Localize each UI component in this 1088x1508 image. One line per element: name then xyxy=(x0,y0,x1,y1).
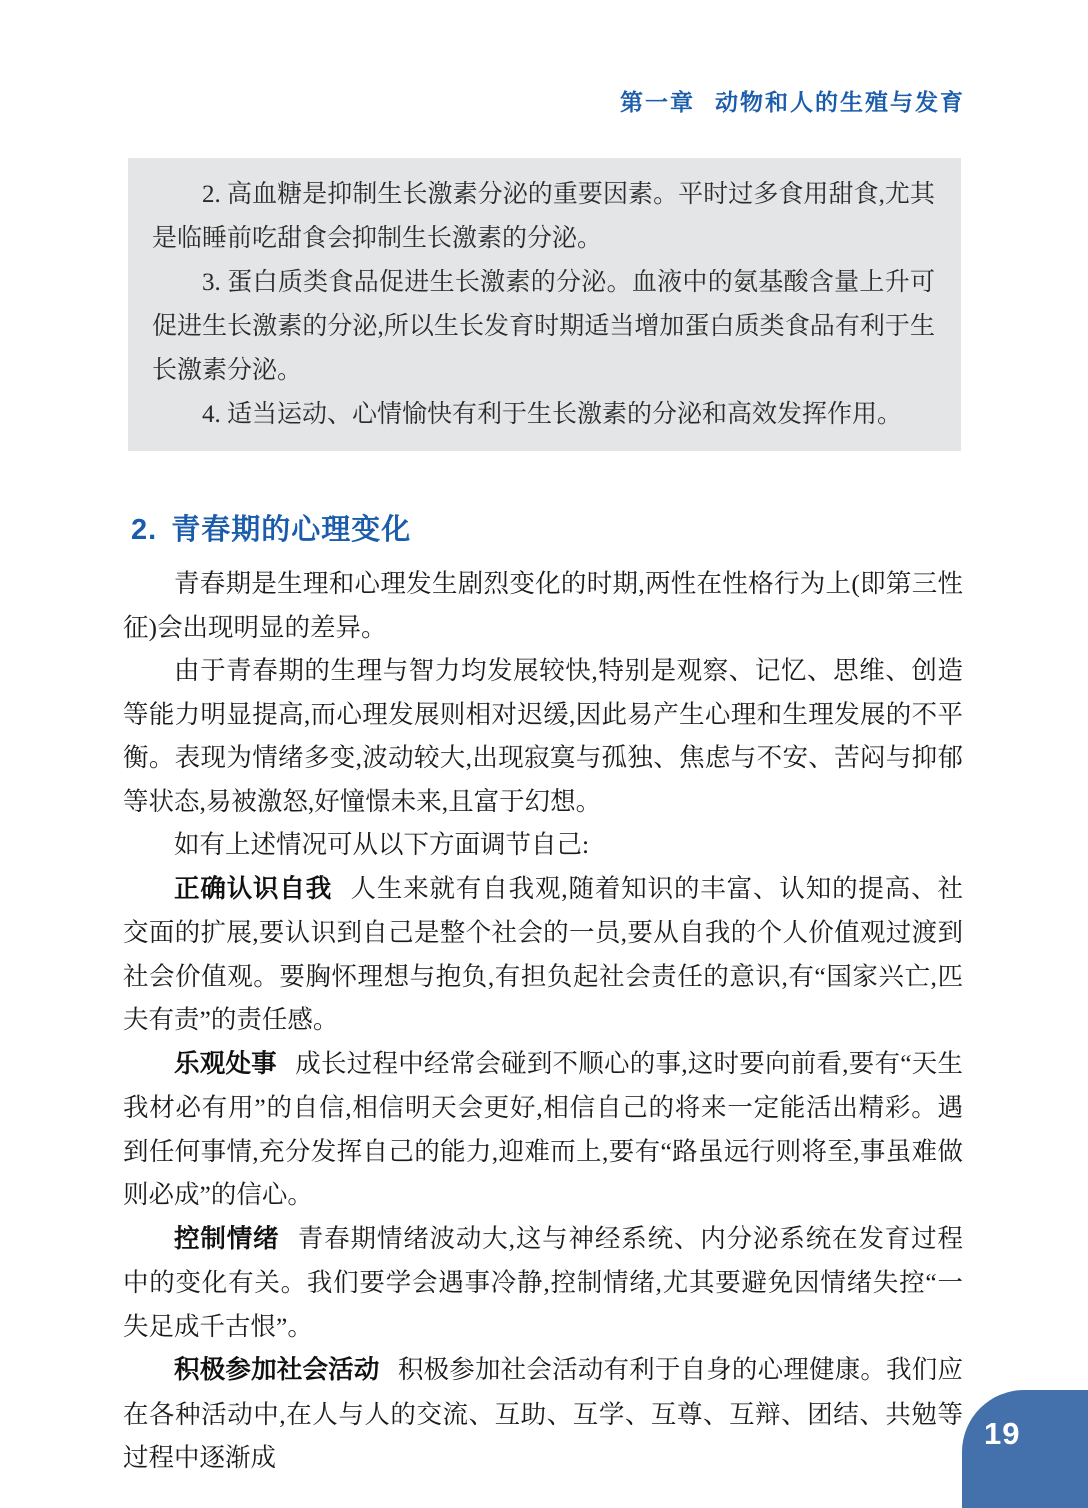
paragraph: 由于青春期的生理与智力均发展较快,特别是观察、记忆、思维、创造等能力明显提高,而… xyxy=(123,649,963,823)
note-item: 3. 蛋白质类食品促进生长激素的分泌。血液中的氨基酸含量上升可促进生长激素的分泌… xyxy=(152,261,935,393)
note-item: 2. 高血糖是抑制生长激素分泌的重要因素。平时过多食用甜食,尤其是临睡前吃甜食会… xyxy=(152,173,935,261)
paragraph-text: 如有上述情况可从以下方面调节自己: xyxy=(174,830,589,859)
paragraph: 正确认识自我人生来就有自我观,随着知识的丰富、认知的提高、社交面的扩展,要认识到… xyxy=(123,867,963,1042)
section-heading: 2. 青春期的心理变化 xyxy=(131,507,963,548)
page-number: 19 xyxy=(984,1416,1020,1452)
section-body: 青春期是生理和心理发生剧烈变化的时期,两性在性格行为上(即第三性征)会出现明显的… xyxy=(123,562,963,1480)
paragraph-lead: 积极参加社会活动 xyxy=(174,1356,380,1384)
paragraph-text: 青春期是生理和心理发生剧烈变化的时期,两性在性格行为上(即第三性征)会出现明显的… xyxy=(123,569,963,642)
paragraph-lead: 控制情绪 xyxy=(174,1225,279,1253)
paragraph: 青春期是生理和心理发生剧烈变化的时期,两性在性格行为上(即第三性征)会出现明显的… xyxy=(123,562,963,649)
note-item: 4. 适当运动、心情愉快有利于生长激素的分泌和高效发挥作用。 xyxy=(152,393,935,437)
paragraph: 积极参加社会活动积极参加社会活动有利于自身的心理健康。我们应在各种活动中,在人与… xyxy=(123,1348,963,1480)
paragraph-text: 由于青春期的生理与智力均发展较快,特别是观察、记忆、思维、创造等能力明显提高,而… xyxy=(123,656,963,816)
section-number: 2. xyxy=(131,514,157,547)
paragraph: 如有上述情况可从以下方面调节自己: xyxy=(123,823,963,867)
chapter-title: 动物和人的生殖与发育 xyxy=(715,84,965,117)
book-page: 第一章 动物和人的生殖与发育 2. 高血糖是抑制生长激素分泌的重要因素。平时过多… xyxy=(0,0,1088,1508)
page-number-badge: 19 xyxy=(962,1390,1088,1508)
note-box: 2. 高血糖是抑制生长激素分泌的重要因素。平时过多食用甜食,尤其是临睡前吃甜食会… xyxy=(128,158,961,451)
paragraph: 乐观处事成长过程中经常会碰到不顺心的事,这时要向前看,要有“天生我材必有用”的自… xyxy=(123,1042,963,1217)
paragraph: 控制情绪青春期情绪波动大,这与神经系统、内分泌系统在发育过程中的变化有关。我们要… xyxy=(123,1217,963,1349)
paragraph-lead: 乐观处事 xyxy=(174,1050,277,1078)
chapter-header: 第一章 动物和人的生殖与发育 xyxy=(620,84,965,117)
paragraph-lead: 正确认识自我 xyxy=(174,875,332,903)
section-title: 青春期的心理变化 xyxy=(171,507,411,548)
chapter-label: 第一章 xyxy=(620,84,695,117)
page-content: 2. 高血糖是抑制生长激素分泌的重要因素。平时过多食用甜食,尤其是临睡前吃甜食会… xyxy=(123,158,963,1480)
